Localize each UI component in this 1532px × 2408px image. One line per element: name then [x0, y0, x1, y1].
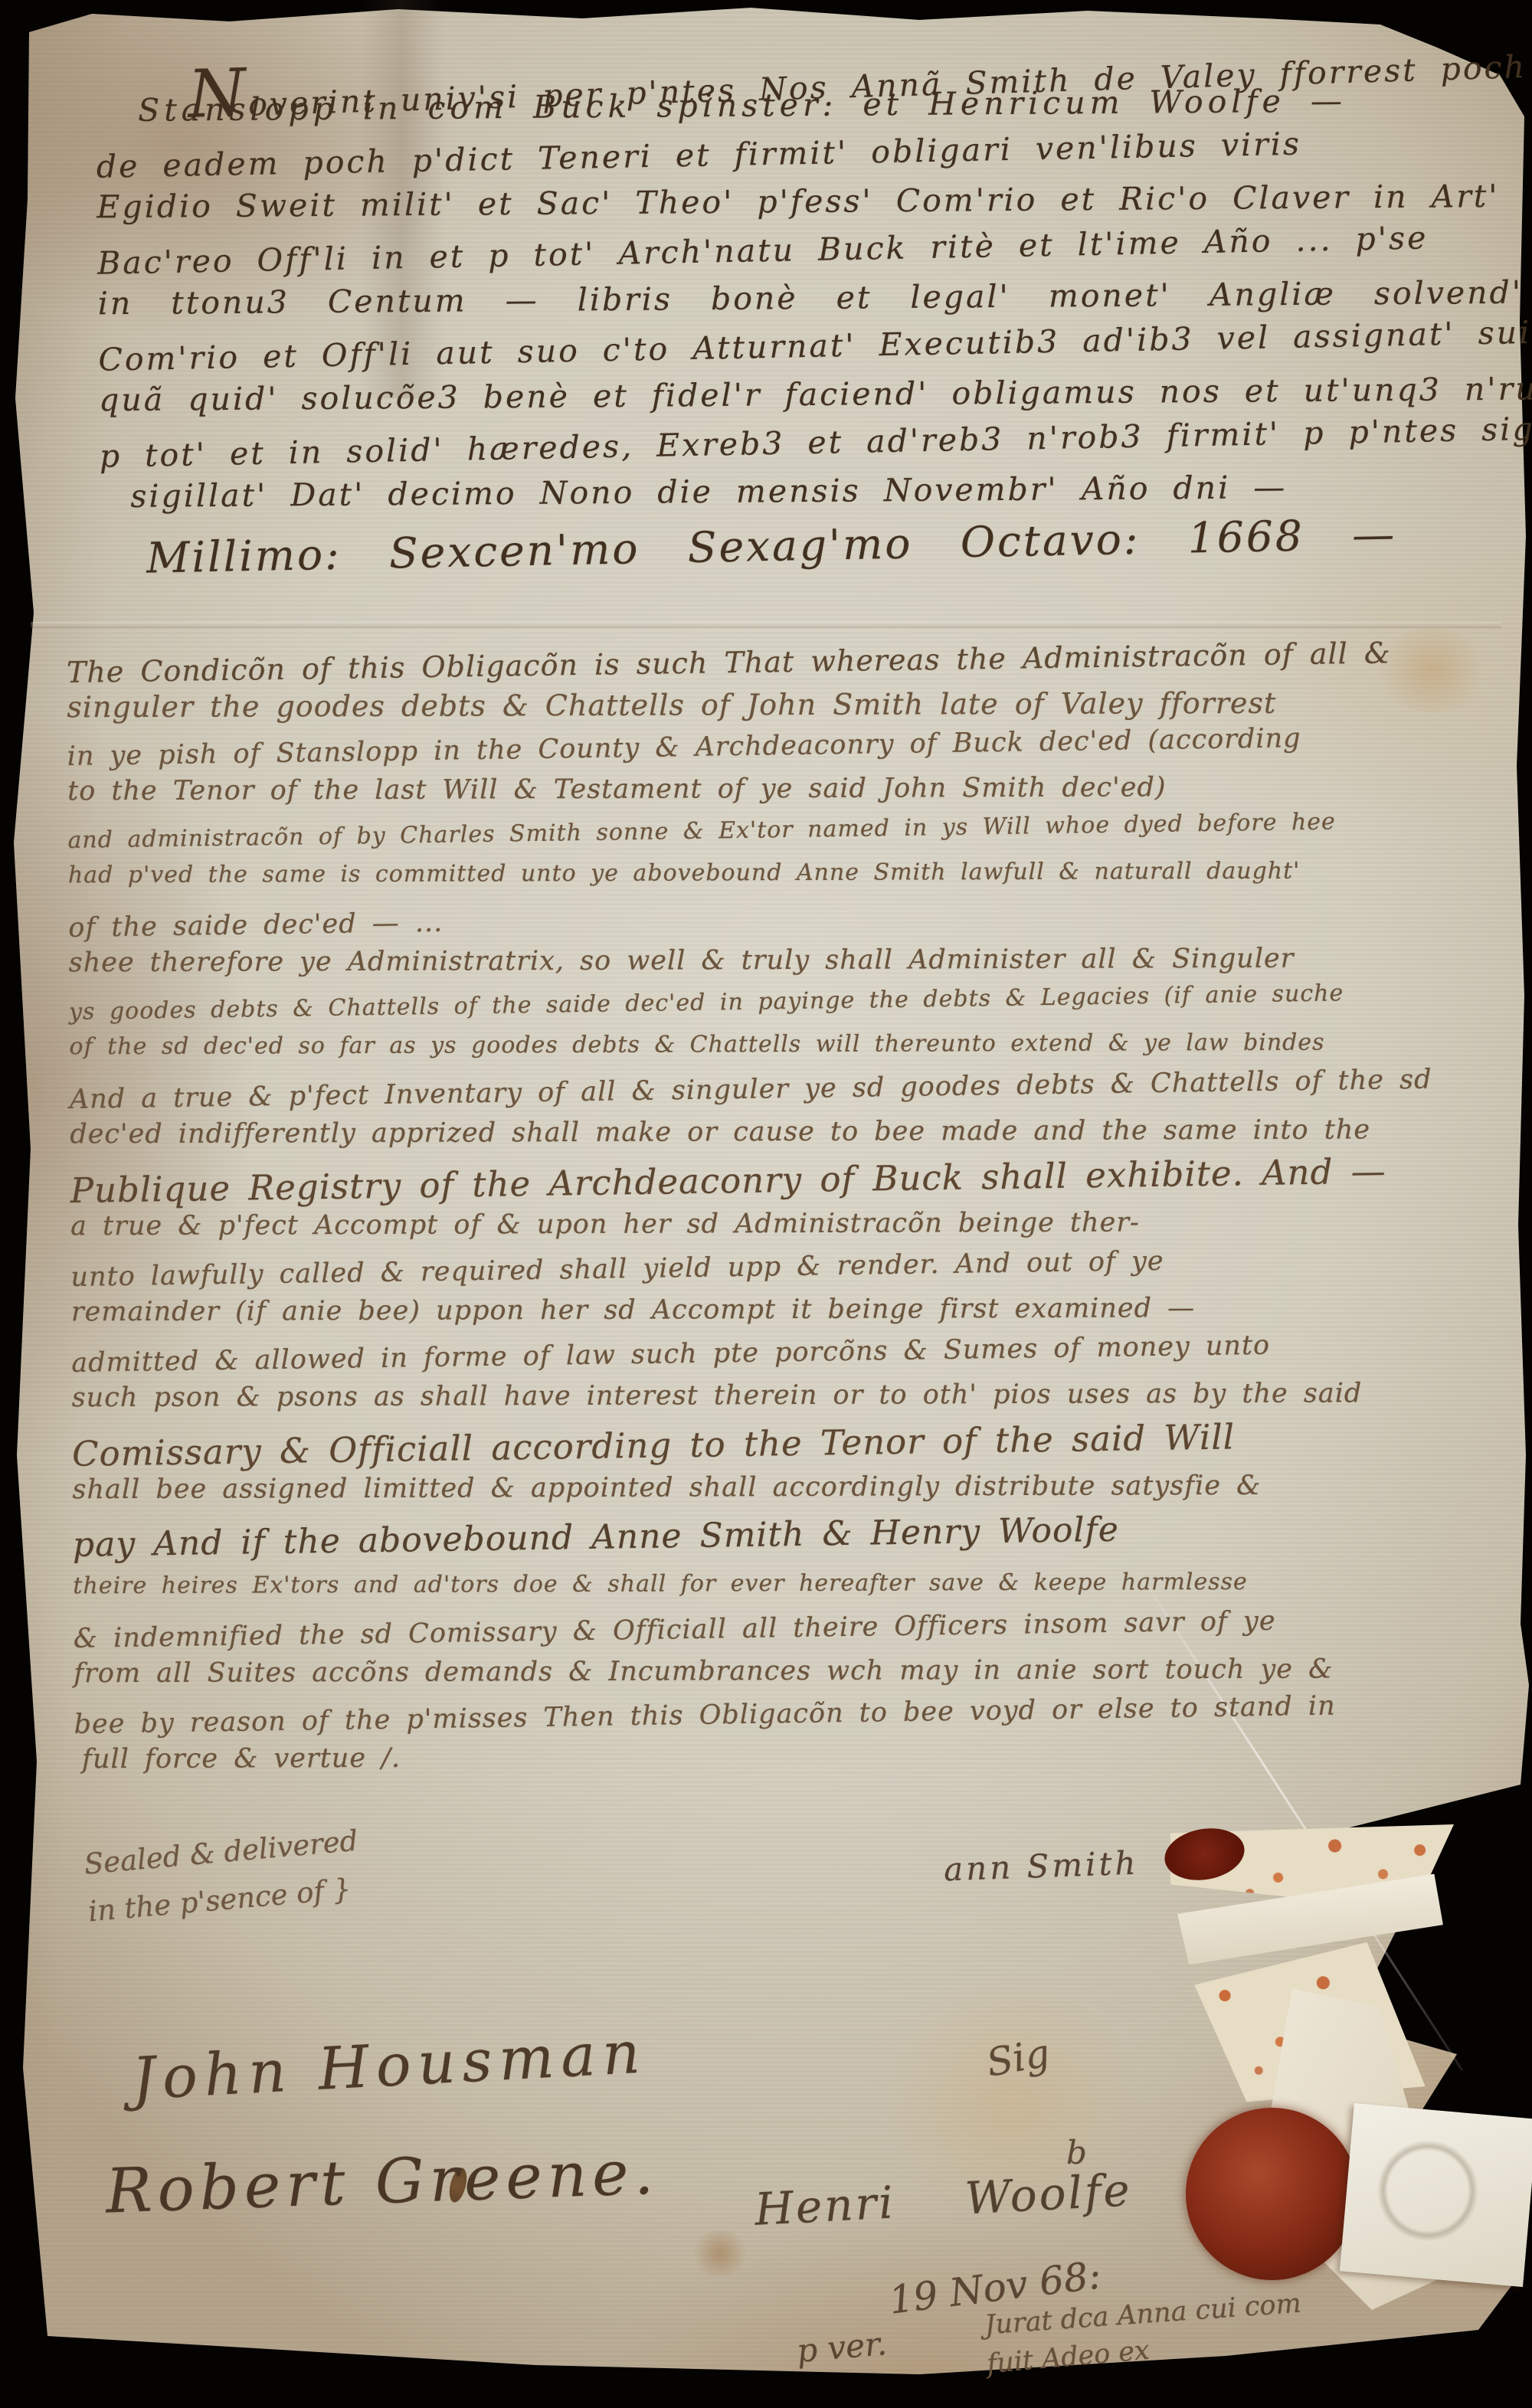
- manuscript-line: full force & vertue /.: [74, 1739, 1514, 1788]
- signature-ann-smith: ann Smith: [943, 1844, 1139, 1889]
- paper-stain: [689, 2230, 751, 2276]
- horizontal-crease: [31, 622, 1501, 628]
- manuscript-scan: Noverint univ'si per p'ntes Nos Annã Smi…: [0, 0, 1532, 2408]
- wax-seal: [1186, 2108, 1358, 2280]
- jurat-abbreviation: p ver.: [795, 2325, 888, 2370]
- condition-lines: The Condicõn of this Obligacõn is such T…: [67, 640, 1514, 1789]
- seal-paper-square: [1340, 2103, 1532, 2287]
- latin-bond-lines: Noverint univ'si per p'ntes Nos Annã Smi…: [95, 31, 1518, 606]
